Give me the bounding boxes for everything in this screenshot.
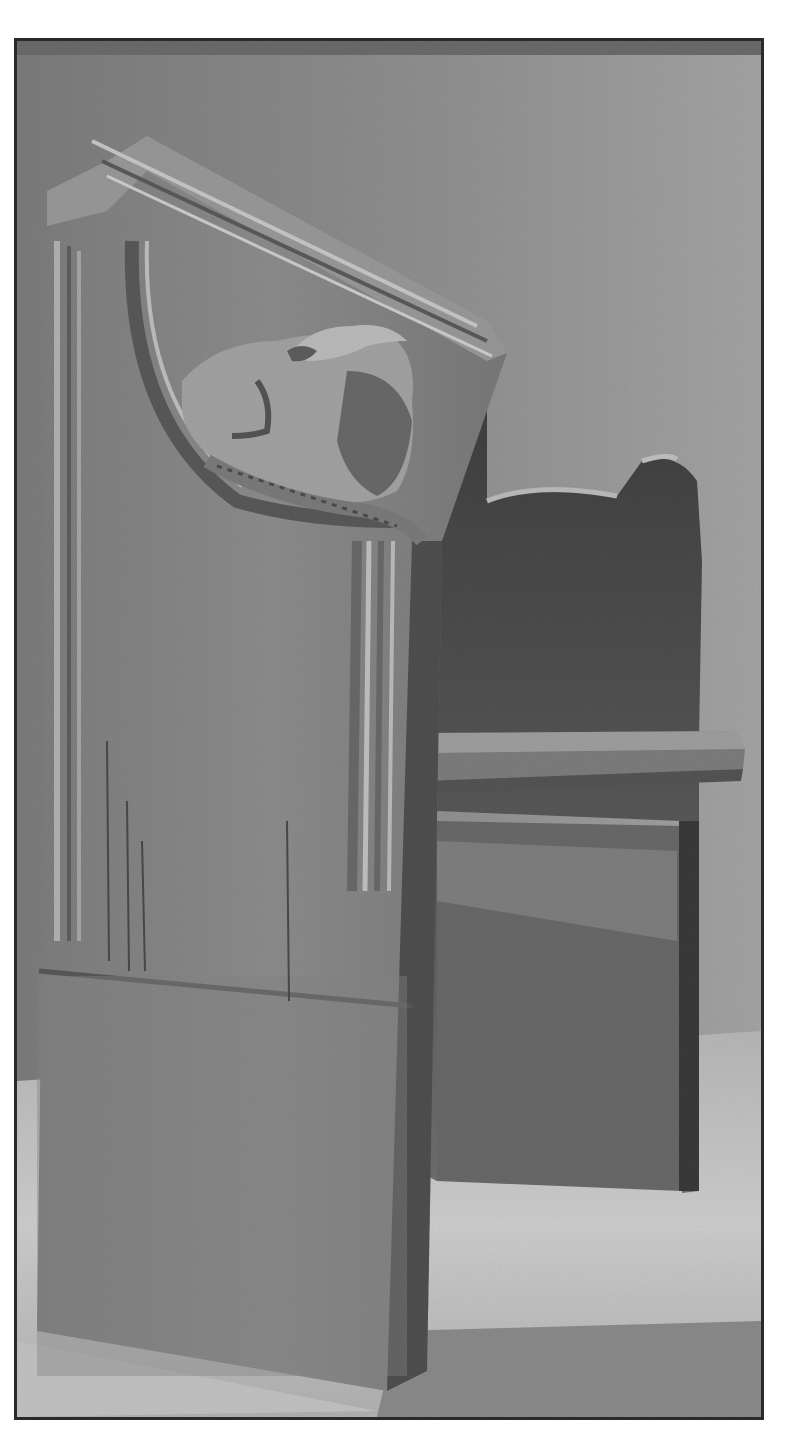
pew-end-photograph <box>17 41 761 1417</box>
photo-plate: Carved wooden church pew ends <box>14 38 764 1420</box>
